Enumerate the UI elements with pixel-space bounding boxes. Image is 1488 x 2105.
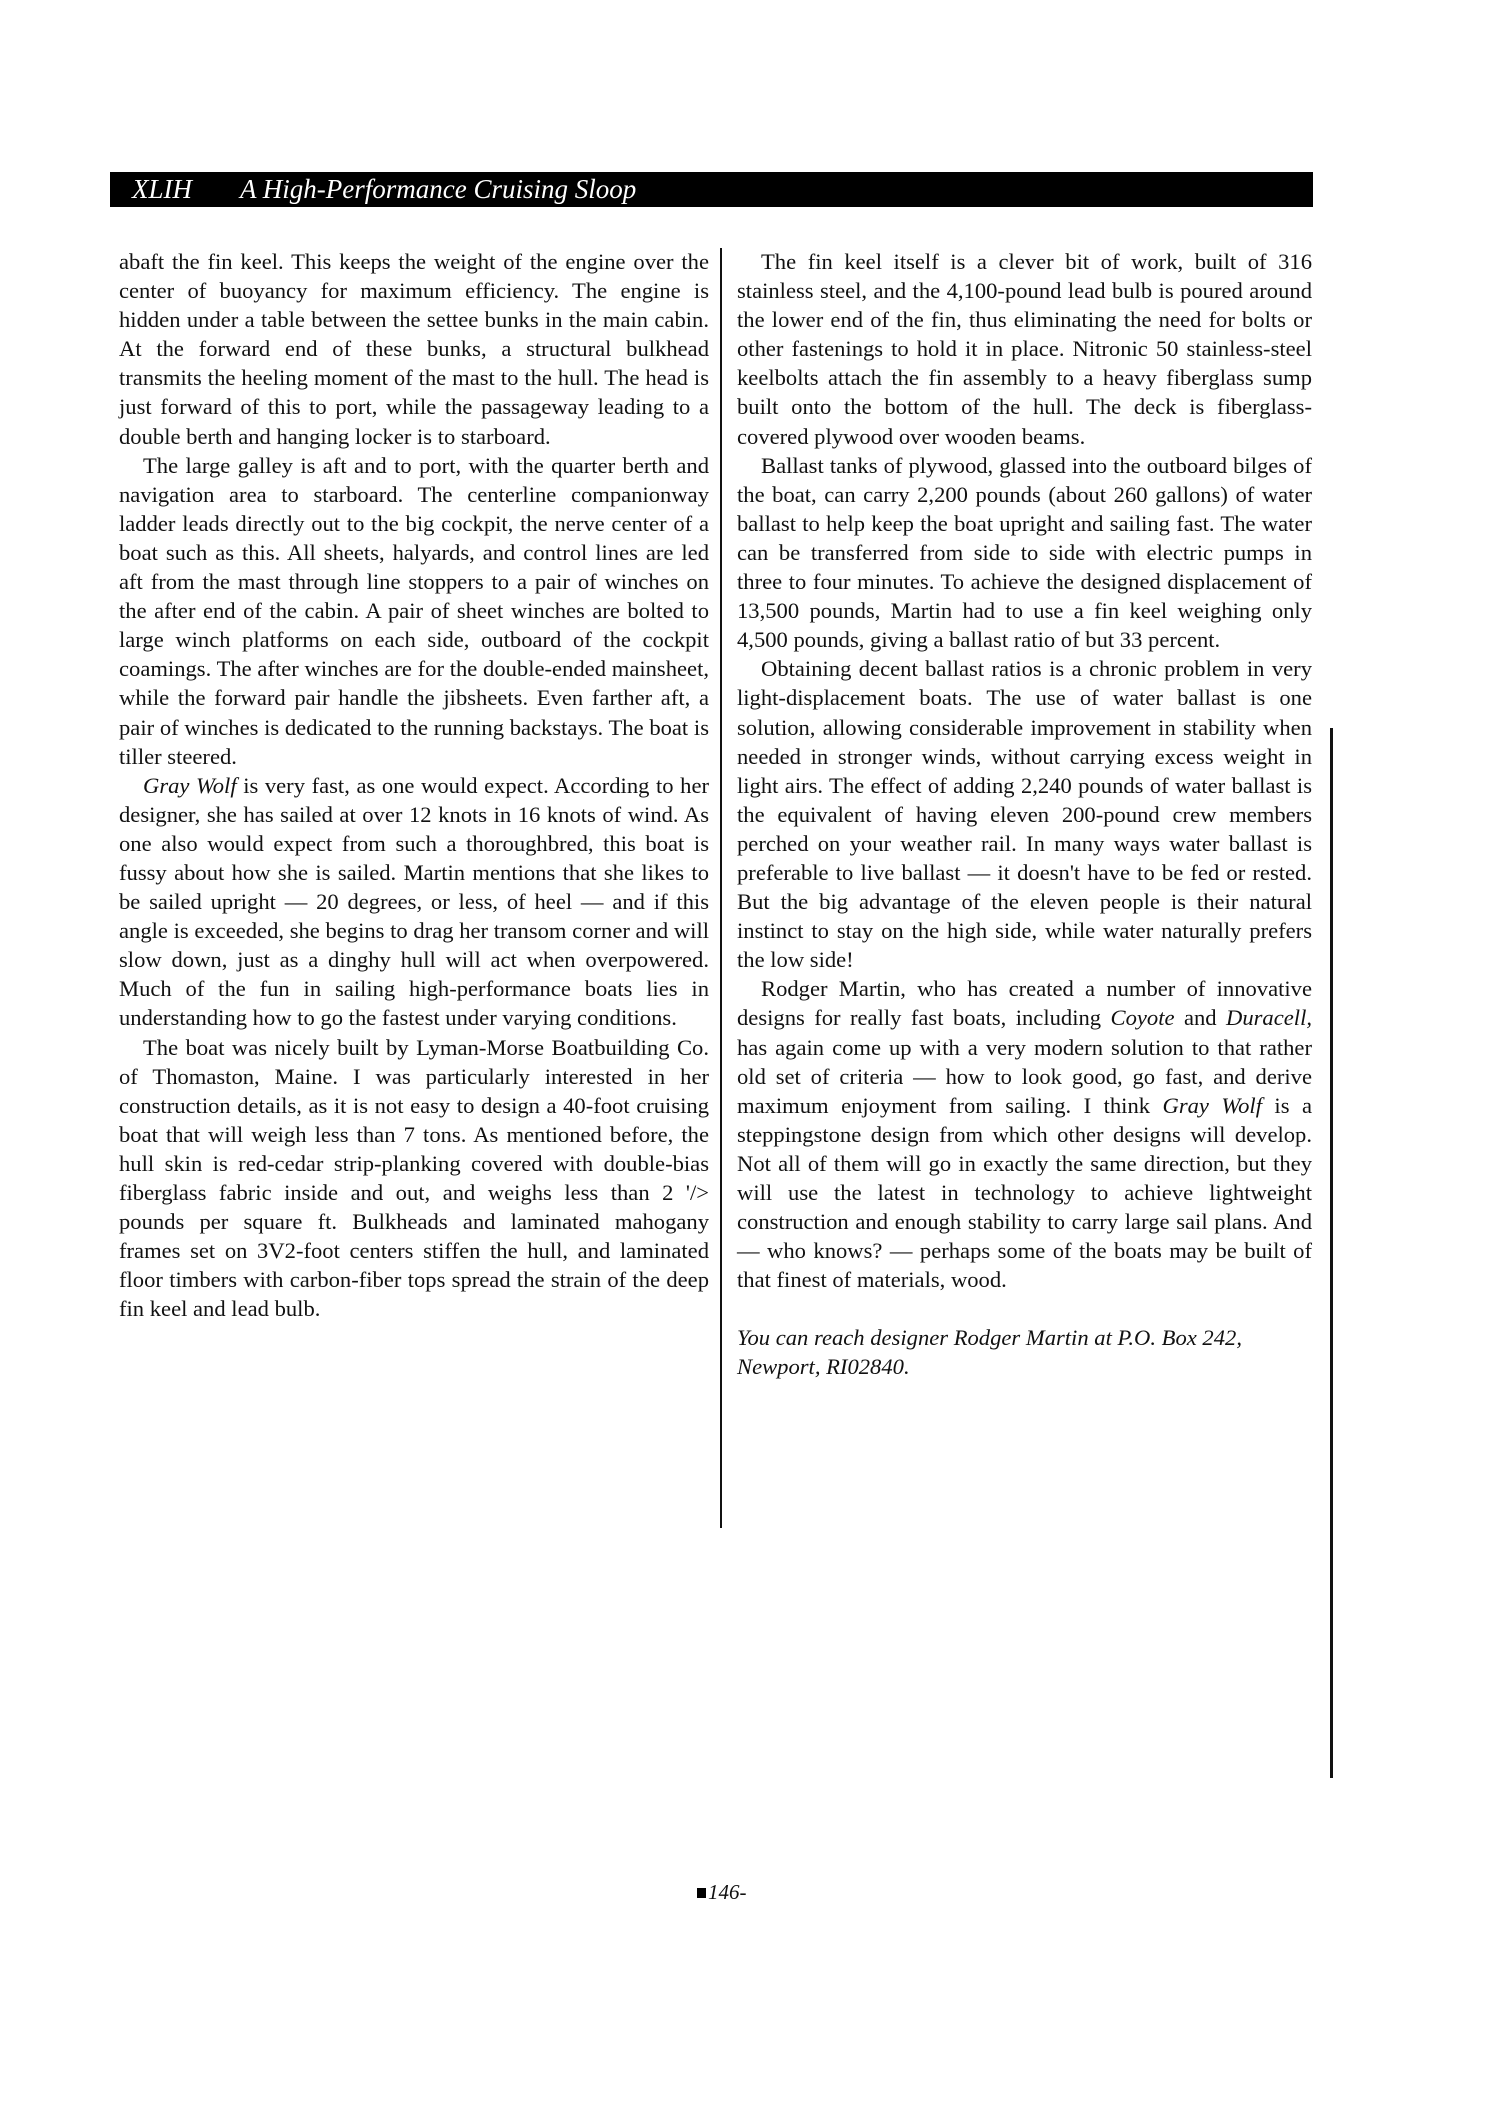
square-bullet-icon: [697, 1888, 706, 1898]
column-divider: [720, 248, 722, 1528]
boat-name: Duracell,: [1226, 1005, 1312, 1030]
paragraph: The large galley is aft and to port, wit…: [119, 451, 709, 771]
page-number: 146-: [697, 1880, 747, 1905]
paragraph: Obtaining decent ballast ratios is a chr…: [737, 654, 1312, 974]
chapter-title: A High-Performance Cruising Sloop: [240, 174, 636, 204]
boat-name: Coyote: [1111, 1005, 1175, 1030]
paragraph: abaft the fin keel. This keeps the weigh…: [119, 247, 709, 451]
paragraph: Ballast tanks of plywood, glassed into t…: [737, 451, 1312, 655]
boat-name: Gray Wolf: [143, 773, 237, 798]
header-text: XLIHA High-Performance Cruising Sloop: [132, 174, 636, 205]
paragraph: The boat was nicely built by Lyman-Morse…: [119, 1033, 709, 1324]
running-header: XLIHA High-Performance Cruising Sloop: [110, 172, 1313, 207]
designer-contact-note: You can reach designer Rodger Martin at …: [737, 1323, 1312, 1381]
paragraph: The fin keel itself is a clever bit of w…: [737, 247, 1312, 451]
boat-name: Gray Wolf: [1163, 1093, 1262, 1118]
paragraph: Rodger Martin, who has created a number …: [737, 974, 1312, 1294]
margin-rule: [1330, 728, 1333, 1778]
right-column: The fin keel itself is a clever bit of w…: [737, 247, 1312, 1382]
paragraph: Gray Wolf is very fast, as one would exp…: [119, 771, 709, 1033]
left-column: abaft the fin keel. This keeps the weigh…: [119, 247, 709, 1323]
chapter-number: XLIH: [132, 174, 240, 205]
